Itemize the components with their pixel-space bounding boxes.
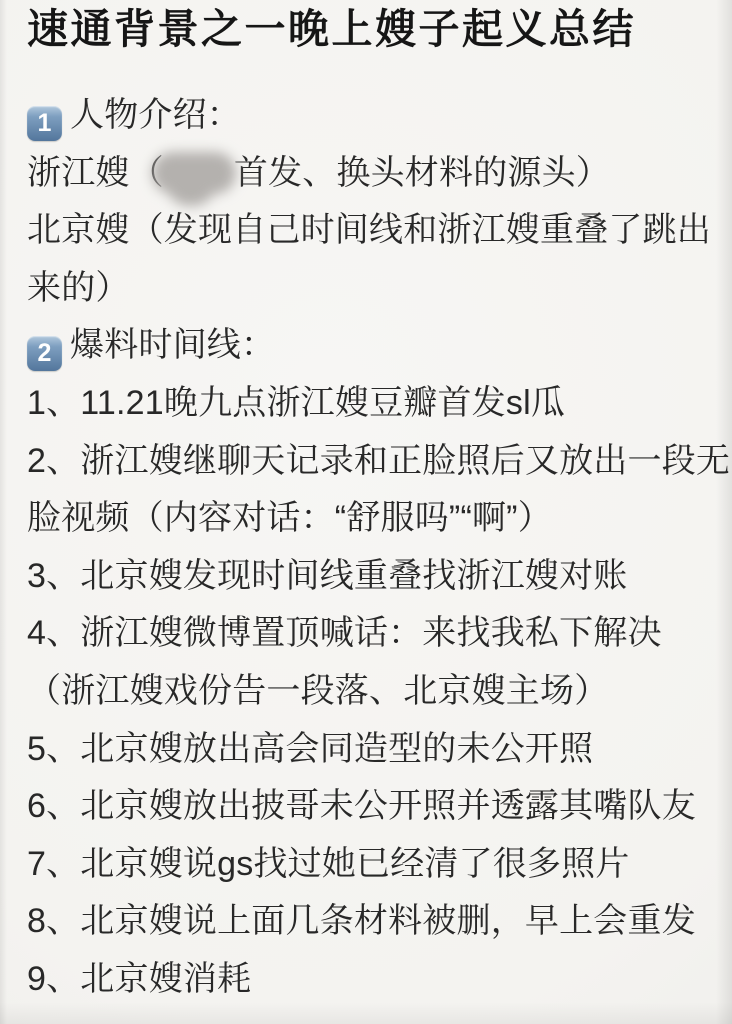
timeline-line-8: 8、北京嫂说上面几条材料被删，早上会重发 [27, 893, 704, 951]
section-heading-timeline: 2爆料时间线： [27, 317, 704, 375]
section-heading-people: 1人物介绍： [27, 87, 704, 145]
person-beijing-line-1: 北京嫂（发现自己时间线和浙江嫂重叠了跳出 [27, 202, 704, 260]
keycap-2-icon: 2 [27, 336, 62, 371]
timeline-line-3: 3、北京嫂发现时间线重叠找浙江嫂对账 [27, 548, 704, 606]
timeline-line-7: 7、北京嫂说gs找过她已经清了很多照片 [27, 836, 704, 894]
timeline-line-4: 4、浙江嫂微博置顶喊话：来找我私下解决 [27, 605, 704, 663]
person-zhejiang-suffix: 首发、换头材料的源头） [234, 154, 610, 192]
note-content: 1人物介绍： 浙江嫂（首发、换头材料的源头） 北京嫂（发现自己时间线和浙江嫂重叠… [27, 87, 704, 1009]
keycap-1-icon: 1 [27, 106, 62, 141]
page-title: 速通背景之一晚上嫂子起义总结 [27, 4, 704, 54]
timeline-line-9: 9、北京嫂消耗 [27, 951, 704, 1009]
note-page: 速通背景之一晚上嫂子起义总结 1人物介绍： 浙江嫂（首发、换头材料的源头） 北京… [0, 0, 732, 1024]
timeline-line-4-note: （浙江嫂戏份告一段落、北京嫂主场） [27, 663, 704, 721]
person-beijing-line-2: 来的） [27, 260, 704, 318]
timeline-line-6: 6、北京嫂放出披哥未公开照并透露其嘴队友 [27, 778, 704, 836]
timeline-line-2b: 脸视频（内容对话：“舒服吗”“啊”） [27, 490, 704, 548]
person-zhejiang-line: 浙江嫂（首发、换头材料的源头） [27, 145, 704, 203]
section-heading-timeline-label: 爆料时间线： [70, 326, 275, 364]
person-zhejiang-prefix: 浙江嫂（ [27, 154, 164, 192]
timeline-line-5: 5、北京嫂放出高会同造型的未公开照 [27, 721, 704, 779]
timeline-line-1: 1、11.21晚九点浙江嫂豆瓣首发sl瓜 [27, 375, 704, 433]
redaction-blur [152, 152, 236, 194]
section-heading-people-label: 人物介绍： [70, 96, 241, 134]
timeline-line-2a: 2、浙江嫂继聊天记录和正脸照后又放出一段无 [27, 433, 704, 491]
